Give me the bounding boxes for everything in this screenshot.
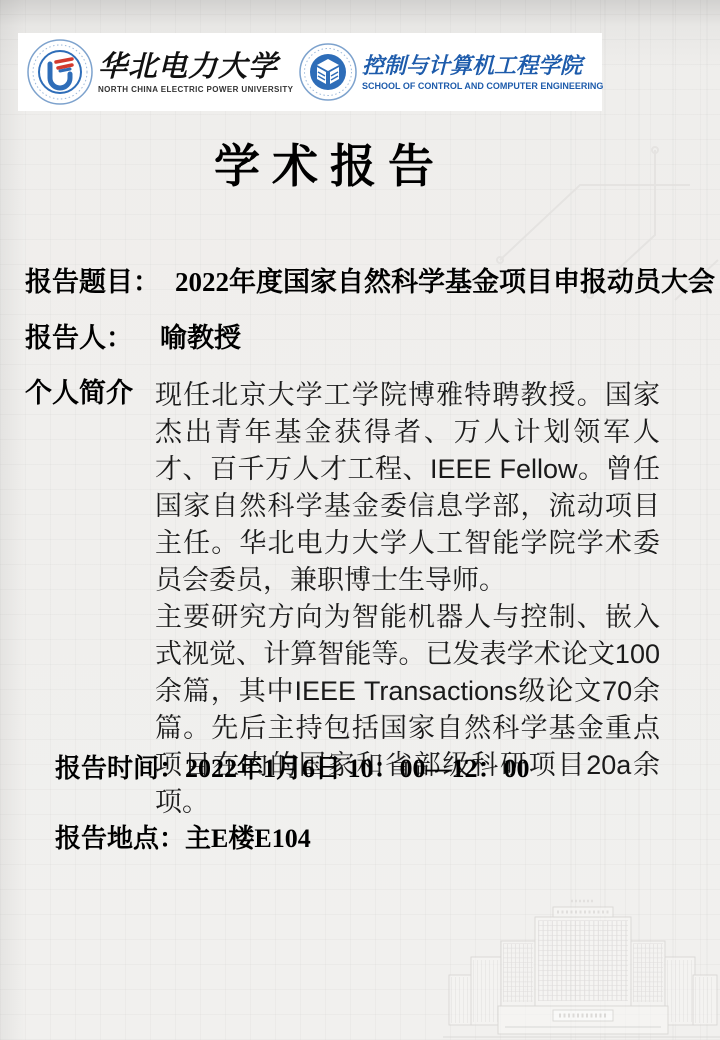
bio-paragraph-2: 主要研究方向为智能机器人与控制、嵌入式视觉、计算智能等。已发表学术论文100余篇…: [155, 599, 660, 821]
university-name-block: 华北电力大学 NORTH CHINA ELECTRIC POWER UNIVER…: [98, 51, 293, 94]
school-name-block: 控制与计算机工程学院 SCHOOL OF CONTROL AND COMPUTE…: [362, 53, 603, 91]
location-label: 报告地点：: [55, 824, 185, 853]
header-banner: 华北电力大学 NORTH CHINA ELECTRIC POWER UNIVER…: [18, 33, 602, 111]
bio-paragraph-1: 现任北京大学工学院博雅特聘教授。国家杰出青年基金获得者、万人计划领军人才、百千万…: [155, 377, 660, 599]
university-name-cn: 华北电力大学: [98, 51, 293, 83]
location-row: 报告地点：主E楼E104: [55, 818, 311, 855]
ncepu-emblem-icon: [26, 38, 94, 106]
campus-building-sketch: [443, 893, 720, 1040]
scce-cube-emblem-icon: [298, 42, 358, 102]
location-value: 主E楼E104: [185, 824, 311, 853]
page-title: 学术报告: [0, 138, 660, 196]
speaker-value: 喻教授: [160, 316, 241, 355]
topic-label: 报告题目：: [25, 260, 160, 299]
school-name-cn: 控制与计算机工程学院: [362, 53, 603, 79]
topic-value: 2022年度国家自然科学基金项目申报动员大会: [175, 260, 715, 299]
bio-label: 个人简介: [25, 371, 133, 410]
school-logo-group: 控制与计算机工程学院 SCHOOL OF CONTROL AND COMPUTE…: [298, 42, 594, 102]
topic-row: 报告题目： 2022年度国家自然科学基金项目申报动员大会: [0, 260, 720, 296]
time-label: 报告时间：: [55, 754, 185, 783]
poster-page: 华北电力大学 NORTH CHINA ELECTRIC POWER UNIVER…: [0, 0, 720, 1040]
time-value: 2022年1月6日 10：00—12：00: [185, 754, 530, 783]
university-name-en: NORTH CHINA ELECTRIC POWER UNIVERSITY: [98, 85, 293, 94]
school-name-en: SCHOOL OF CONTROL AND COMPUTER ENGINEERI…: [362, 81, 603, 91]
speaker-label: 报告人：: [25, 316, 133, 355]
speaker-row: 报告人： 喻教授: [0, 316, 720, 352]
time-row: 报告时间：2022年1月6日 10：00—12：00: [55, 748, 530, 785]
university-logo-group: 华北电力大学 NORTH CHINA ELECTRIC POWER UNIVER…: [26, 38, 298, 106]
